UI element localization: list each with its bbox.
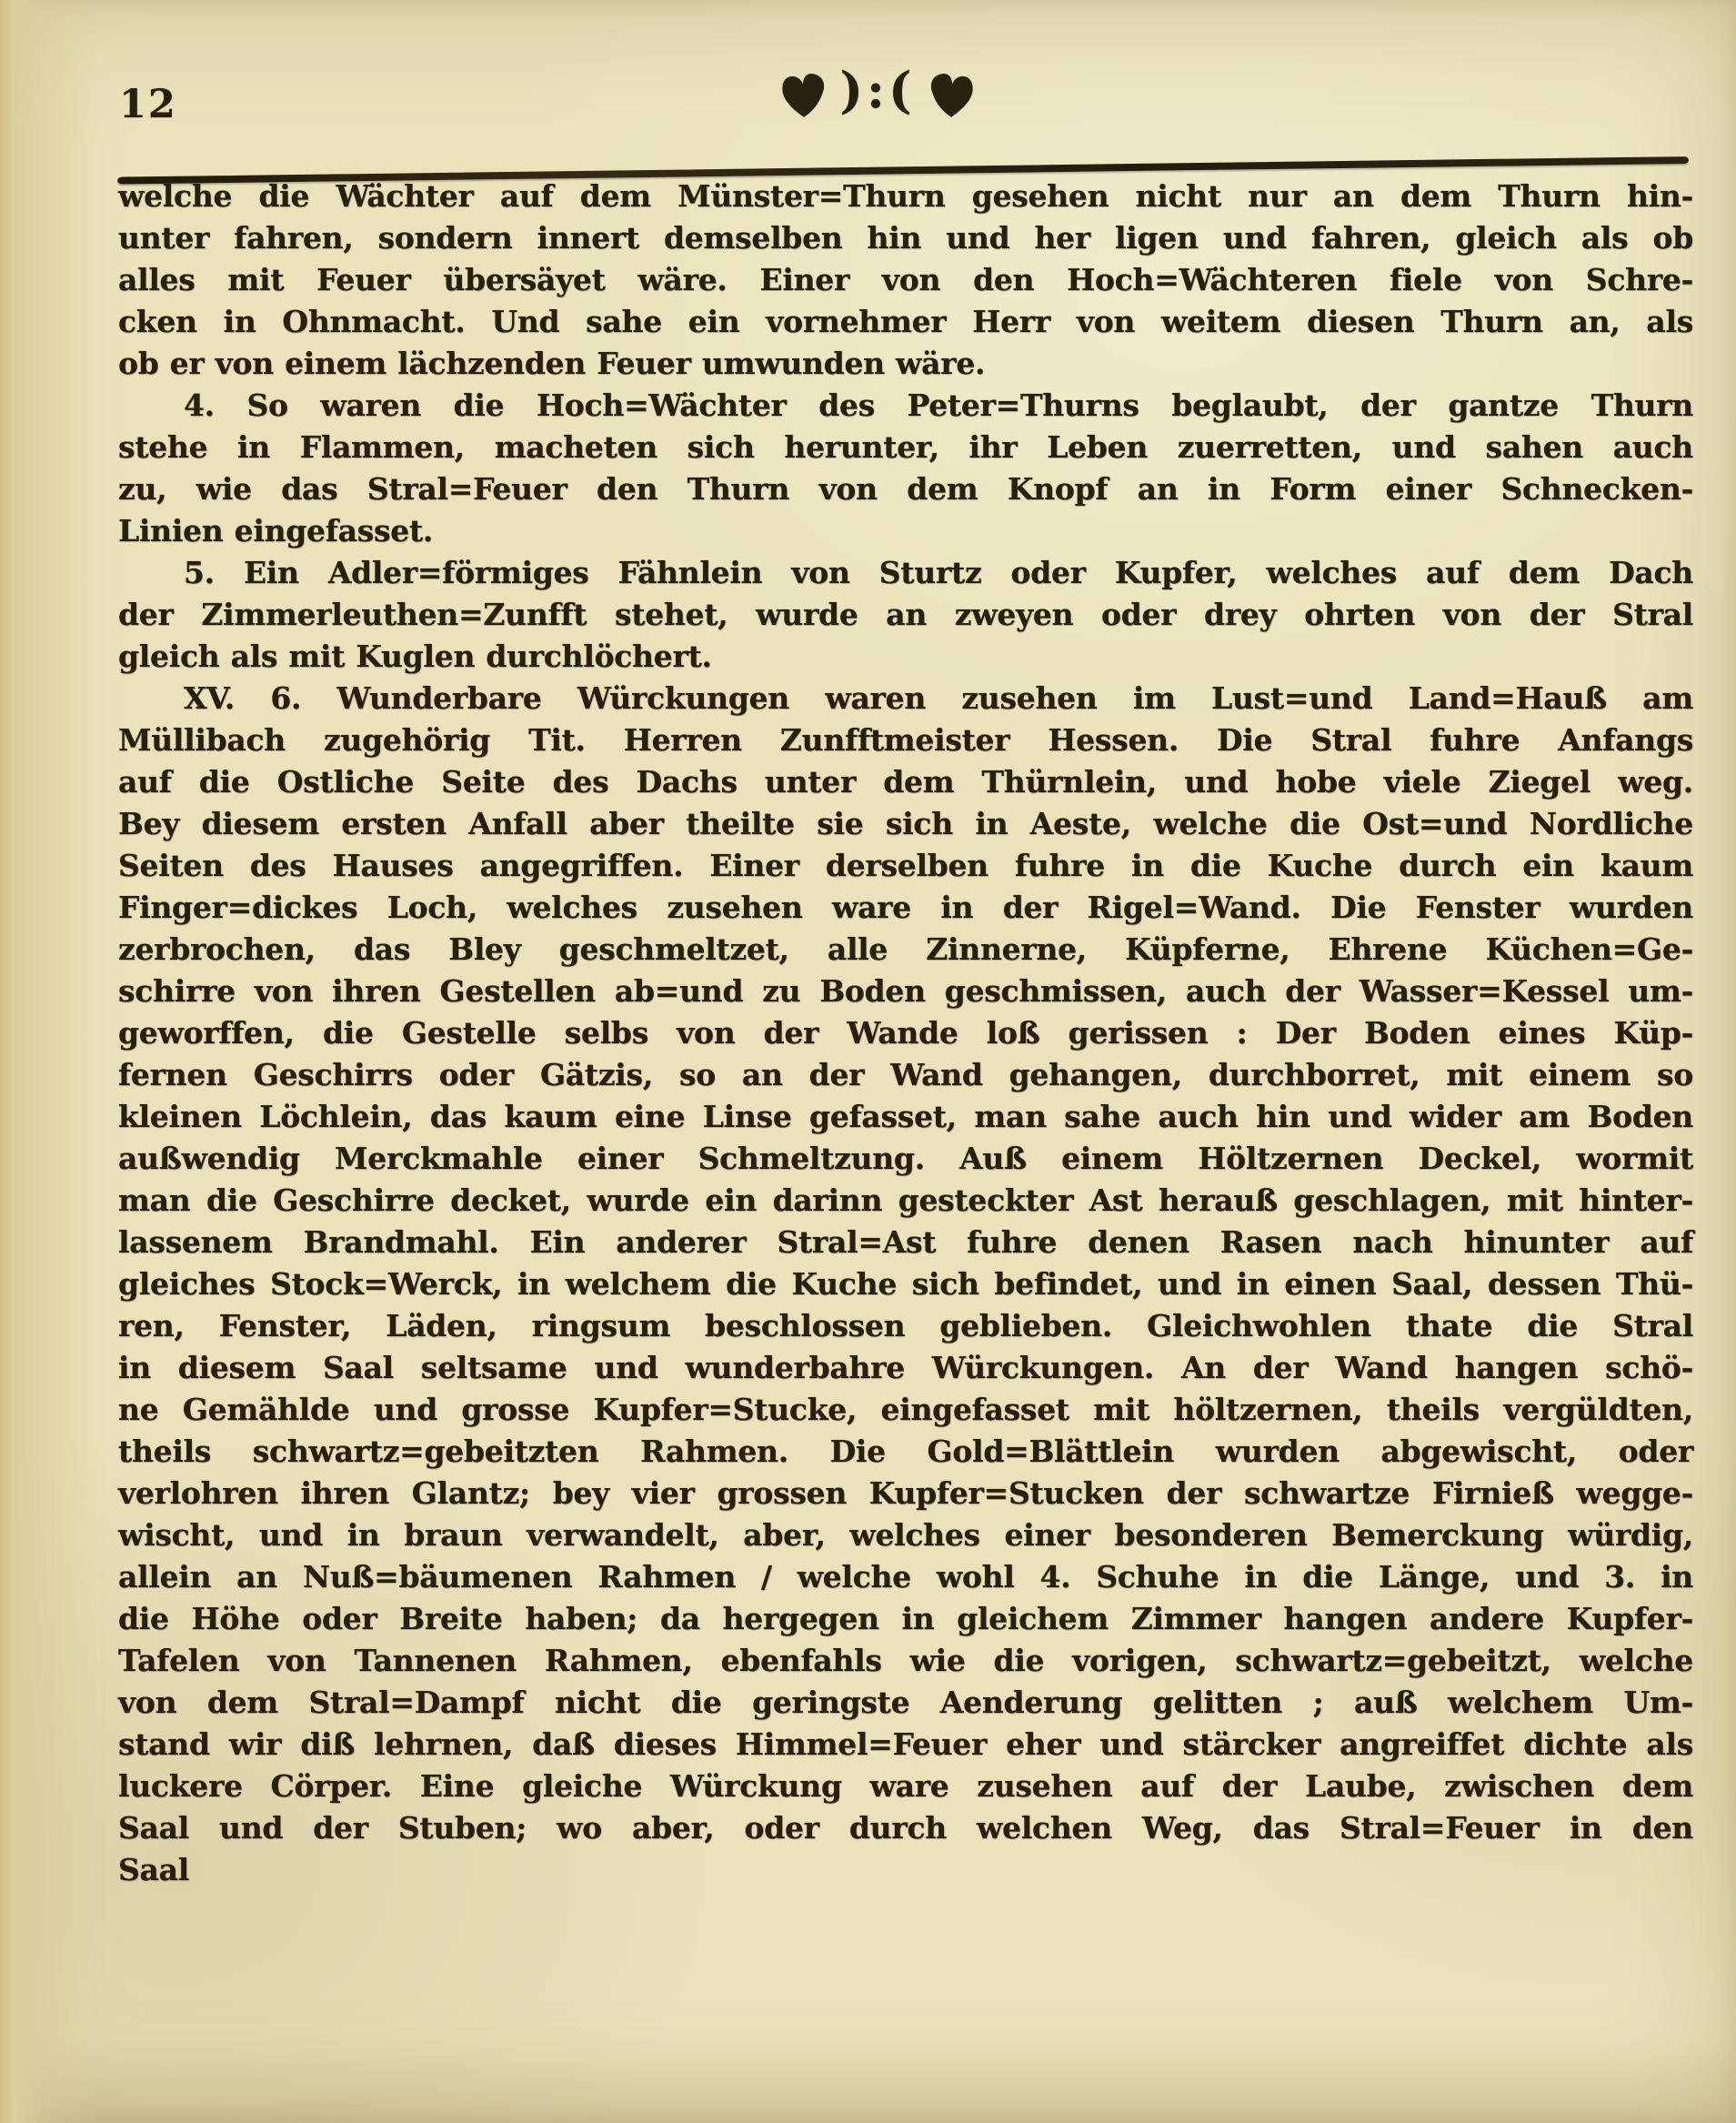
text-line: die Höhe oder Breite haben; da hergegen … bbox=[118, 1598, 1693, 1640]
text-line: lassenem Brandmahl. Ein anderer Stral=As… bbox=[118, 1222, 1693, 1263]
text-line: 4. So waren die Hoch=Wächter des Peter=T… bbox=[118, 385, 1693, 427]
text-line: schirre von ihren Gestellen ab=und zu Bo… bbox=[118, 971, 1693, 1012]
scanned-book-page: 12 ):( welche die Wächter auf dem Münste… bbox=[0, 0, 1736, 2123]
text-line: in diesem Saal seltsame und wunderbahre … bbox=[118, 1347, 1693, 1389]
paragraph: XV. 6. Wunderbare Würckungen waren zuseh… bbox=[118, 678, 1693, 1849]
text-line: Linien eingefasset. bbox=[118, 510, 1693, 552]
text-line: XV. 6. Wunderbare Würckungen waren zuseh… bbox=[118, 678, 1693, 719]
paragraph: welche die Wächter auf dem Münster=Thurn… bbox=[118, 176, 1693, 385]
text-line: 5. Ein Adler=förmiges Fähnlein von Sturt… bbox=[118, 552, 1693, 594]
text-line: von dem Stral=Dampf nicht die geringste … bbox=[118, 1682, 1693, 1724]
text-line: welche die Wächter auf dem Münster=Thurn… bbox=[118, 176, 1693, 217]
text-line: Seiten des Hauses angegriffen. Einer der… bbox=[118, 845, 1693, 887]
ornament-separator: ):( bbox=[839, 61, 915, 119]
text-line: Saal und der Stuben; wo aber, oder durch… bbox=[118, 1807, 1693, 1849]
text-line: auf die Ostliche Seite des Dachs unter d… bbox=[118, 761, 1693, 803]
text-line: theils schwartz=gebeitzten Rahmen. Die G… bbox=[118, 1431, 1693, 1473]
text-line: kleinen Löchlein, das kaum eine Linse ge… bbox=[118, 1096, 1693, 1138]
text-line: Bey diesem ersten Anfall aber theilte si… bbox=[118, 803, 1693, 845]
text-line: ob er von einem lächzenden Feuer umwunde… bbox=[118, 343, 1693, 385]
text-line: stand wir diß lehrnen, daß dieses Himmel… bbox=[118, 1724, 1693, 1766]
text-line: ren, Fenster, Läden, ringsum beschlossen… bbox=[118, 1305, 1693, 1347]
text-line: gleich als mit Kuglen durchlöchert. bbox=[118, 636, 1693, 678]
catchword: Saal bbox=[118, 1849, 1693, 1891]
text-line: der Zimmerleuthen=Zunfft stehet, wurde a… bbox=[118, 594, 1693, 636]
text-line: Finger=dickes Loch, welches zusehen ware… bbox=[118, 887, 1693, 929]
text-line: verlohren ihren Glantz; bey vier grossen… bbox=[118, 1473, 1693, 1514]
text-block: welche die Wächter auf dem Münster=Thurn… bbox=[118, 176, 1693, 1891]
paragraph: 5. Ein Adler=förmiges Fähnlein von Sturt… bbox=[118, 552, 1693, 678]
text-line: alles mit Feuer übersäyet wäre. Einer vo… bbox=[118, 259, 1693, 301]
text-line: zerbrochen, das Bley geschmeltzet, alle … bbox=[118, 929, 1693, 971]
text-line: außwendig Merckmahle einer Schmeltzung. … bbox=[118, 1138, 1693, 1180]
fleuron-left-icon bbox=[778, 71, 830, 120]
text-line: Müllibach zugehörig Tit. Herren Zunfftme… bbox=[118, 719, 1693, 761]
text-line: luckere Cörper. Eine gleiche Würckung wa… bbox=[118, 1766, 1693, 1807]
text-line: gleiches Stock=Werck, in welchem die Kuc… bbox=[118, 1263, 1693, 1305]
page-number: 12 bbox=[119, 82, 177, 127]
text-line: cken in Ohnmacht. Und sahe ein vornehmer… bbox=[118, 301, 1693, 343]
text-line: zu, wie das Stral=Feuer den Thurn von de… bbox=[118, 468, 1693, 510]
text-line: wischt, und in braun verwandelt, aber, w… bbox=[118, 1514, 1693, 1556]
text-line: ne Gemählde und grosse Kupfer=Stucke, ei… bbox=[118, 1389, 1693, 1431]
text-line: Tafelen von Tannenen Rahmen, ebenfahls w… bbox=[118, 1640, 1693, 1682]
text-line: unter fahren, sondern innert demselben h… bbox=[118, 217, 1693, 259]
paragraph: 4. So waren die Hoch=Wächter des Peter=T… bbox=[118, 385, 1693, 552]
text-line: stehe in Flammen, macheten sich herunter… bbox=[118, 427, 1693, 468]
text-line: fernen Geschirrs oder Gätzis, so an der … bbox=[118, 1054, 1693, 1096]
header-ornament: ):( bbox=[746, 55, 1009, 136]
text-line: allein an Nuß=bäumenen Rahmen / welche w… bbox=[118, 1556, 1693, 1598]
text-line: geworffen, die Gestelle selbs von der Wa… bbox=[118, 1012, 1693, 1054]
fleuron-right-icon bbox=[925, 71, 978, 120]
text-line: man die Geschirre decket, wurde ein dari… bbox=[118, 1180, 1693, 1222]
